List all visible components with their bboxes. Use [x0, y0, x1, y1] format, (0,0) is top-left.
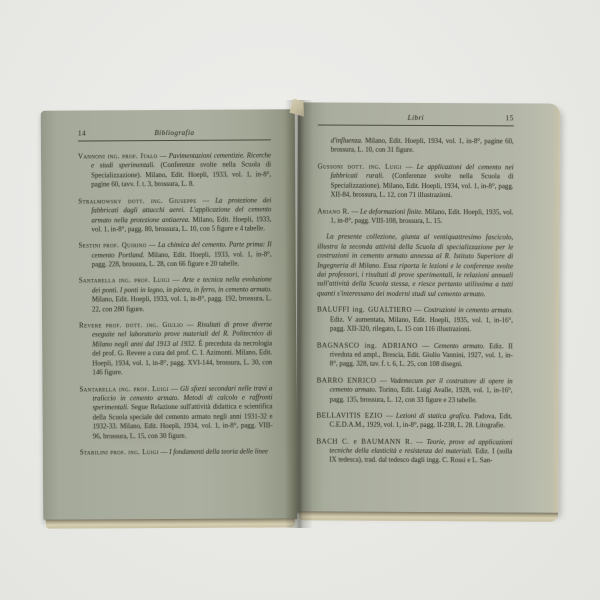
entry-author: Santarella ing. prof. Luigi: [79, 386, 168, 394]
entry-author: BELLAVITIS EZIO: [317, 411, 383, 419]
left-page-number: 14: [78, 129, 104, 137]
entry-author: Vannoni ing. prof. Italo: [78, 153, 158, 160]
bibliography-entry: Sestini prof. Quirino — La chimica del c…: [79, 241, 272, 271]
book-photograph: 14 Bibliografia Vannoni ing. prof. Italo…: [0, 0, 600, 600]
entry-title: Cemento armato.: [434, 343, 485, 350]
bibliography-entry: Santarella ing. prof. Luigi — Arte e tec…: [79, 276, 272, 315]
bibliography-entry: Santarella ing. prof. Luigi — Gli sforzi…: [79, 384, 272, 442]
entry-title: I fondamenti della teoria delle linee: [169, 448, 268, 456]
entry-author: Stabilini prof. ing. Luigi: [80, 449, 159, 456]
entry-details: Ediz. V aumentata, Milano, Edit. Hoepli,…: [330, 316, 513, 333]
left-page: 14 Bibliografia Vannoni ing. prof. Italo…: [41, 109, 297, 521]
bibliography-entry: Revere prof. dott. ing. Giulio — Risulta…: [79, 320, 272, 378]
right-page-number: 15: [488, 114, 514, 122]
entry-title: d'influenza.: [331, 138, 363, 145]
bibliography-entry: Ariano R. — Le deformazioni finite. Mila…: [317, 207, 513, 227]
entry-title: Lezioni di statica grafica.: [396, 413, 471, 420]
left-running-head: 14 Bibliografia: [78, 128, 271, 137]
entry-author: Sestini prof. Quirino: [79, 242, 147, 249]
right-page: Libri 15 d'influenza. Milano, Edit. Hoep…: [296, 102, 560, 514]
bibliography-entry: Vannoni ing. prof. Italo — Pavimentazion…: [78, 151, 271, 190]
bibliography-entry: BACH C. e BAUMANN R. — Teorie, prove ed …: [316, 437, 512, 466]
dash-separator: —: [183, 322, 197, 329]
entry-author: Ariano R.: [317, 208, 349, 215]
header-rule: [318, 125, 514, 127]
page-block-edge-right: [299, 511, 558, 522]
dash-separator: —: [418, 343, 434, 350]
right-running-header: Libri: [344, 114, 488, 123]
dash-separator: —: [147, 242, 158, 249]
bibliography-entry: BELLAVITIS EZIO — Lezioni di statica gra…: [316, 411, 512, 431]
collection-note: La presente collezione, giunta al ventiq…: [317, 233, 513, 300]
bibliography-entry: Stabilini prof. ing. Luigi — I fondament…: [80, 447, 273, 458]
dash-separator: —: [350, 208, 361, 215]
entry-author: Santarella ing. prof. Luigi: [79, 277, 170, 285]
dash-separator: —: [412, 438, 426, 445]
entry-author: Revere prof. dott. ing. Giulio: [79, 322, 183, 330]
dash-separator: —: [376, 377, 390, 384]
entry-details: Milano, Edit. Hoepli, 1933, vol. 1, in-8…: [92, 296, 272, 314]
header-rule: [78, 139, 271, 141]
page-block-edge-left: [46, 518, 295, 528]
entry-title: Le deformazioni finite.: [360, 208, 423, 215]
bibliography-entry: BALUFFI ing. GUALTIERO — Costruzioni in …: [317, 306, 513, 335]
right-column: d'influenza. Milano, Edit. Hoepli, 1934,…: [316, 137, 513, 467]
bibliography-entry: BAGNASCO ing. ADRIANO — Cemento armato. …: [317, 341, 513, 370]
dash-separator: —: [383, 413, 396, 420]
entry-continuation: d'influenza. Milano, Edit. Hoepli, 1934,…: [318, 137, 514, 157]
entry-author: BALUFFI ing. GUALTIERO: [317, 306, 412, 314]
entry-author: Stralmowsky dott. ing. Giuseppe: [78, 197, 196, 205]
bibliography-entry: BARRO ENRICO — Vademecum per il costrutt…: [317, 376, 513, 405]
dash-separator: —: [412, 307, 424, 314]
left-running-header: Bibliografia: [104, 129, 245, 138]
right-page-text: Libri 15 d'influenza. Milano, Edit. Hoep…: [316, 114, 514, 467]
entry-title: Costruzioni in cemento armato.: [424, 307, 513, 314]
dash-separator: —: [169, 385, 180, 392]
fore-edge: [552, 104, 560, 515]
dash-separator: —: [197, 197, 216, 204]
entry-author: BACH C. e BAUMANN R.: [316, 437, 412, 445]
entry-author: Gussoni dott. ing. Luigi: [318, 163, 402, 170]
dash-separator: —: [158, 153, 169, 160]
dash-separator: —: [170, 277, 183, 284]
dash-separator: —: [402, 164, 417, 171]
left-column: Vannoni ing. prof. Italo — Pavimentazion…: [78, 151, 273, 458]
open-book: 14 Bibliografia Vannoni ing. prof. Italo…: [42, 100, 558, 532]
entry-author: BAGNASCO ing. ADRIANO: [317, 341, 418, 349]
bibliography-entry: Gussoni dott. ing. Luigi — Le applicazio…: [317, 162, 513, 201]
dash-separator: —: [159, 449, 169, 456]
bibliography-entry: Stralmowsky dott. ing. Giuseppe — La pro…: [78, 196, 271, 235]
left-page-text: 14 Bibliografia Vannoni ing. prof. Italo…: [78, 128, 273, 458]
right-running-head: Libri 15: [318, 114, 514, 123]
entry-author: BARRO ENRICO: [317, 376, 377, 384]
